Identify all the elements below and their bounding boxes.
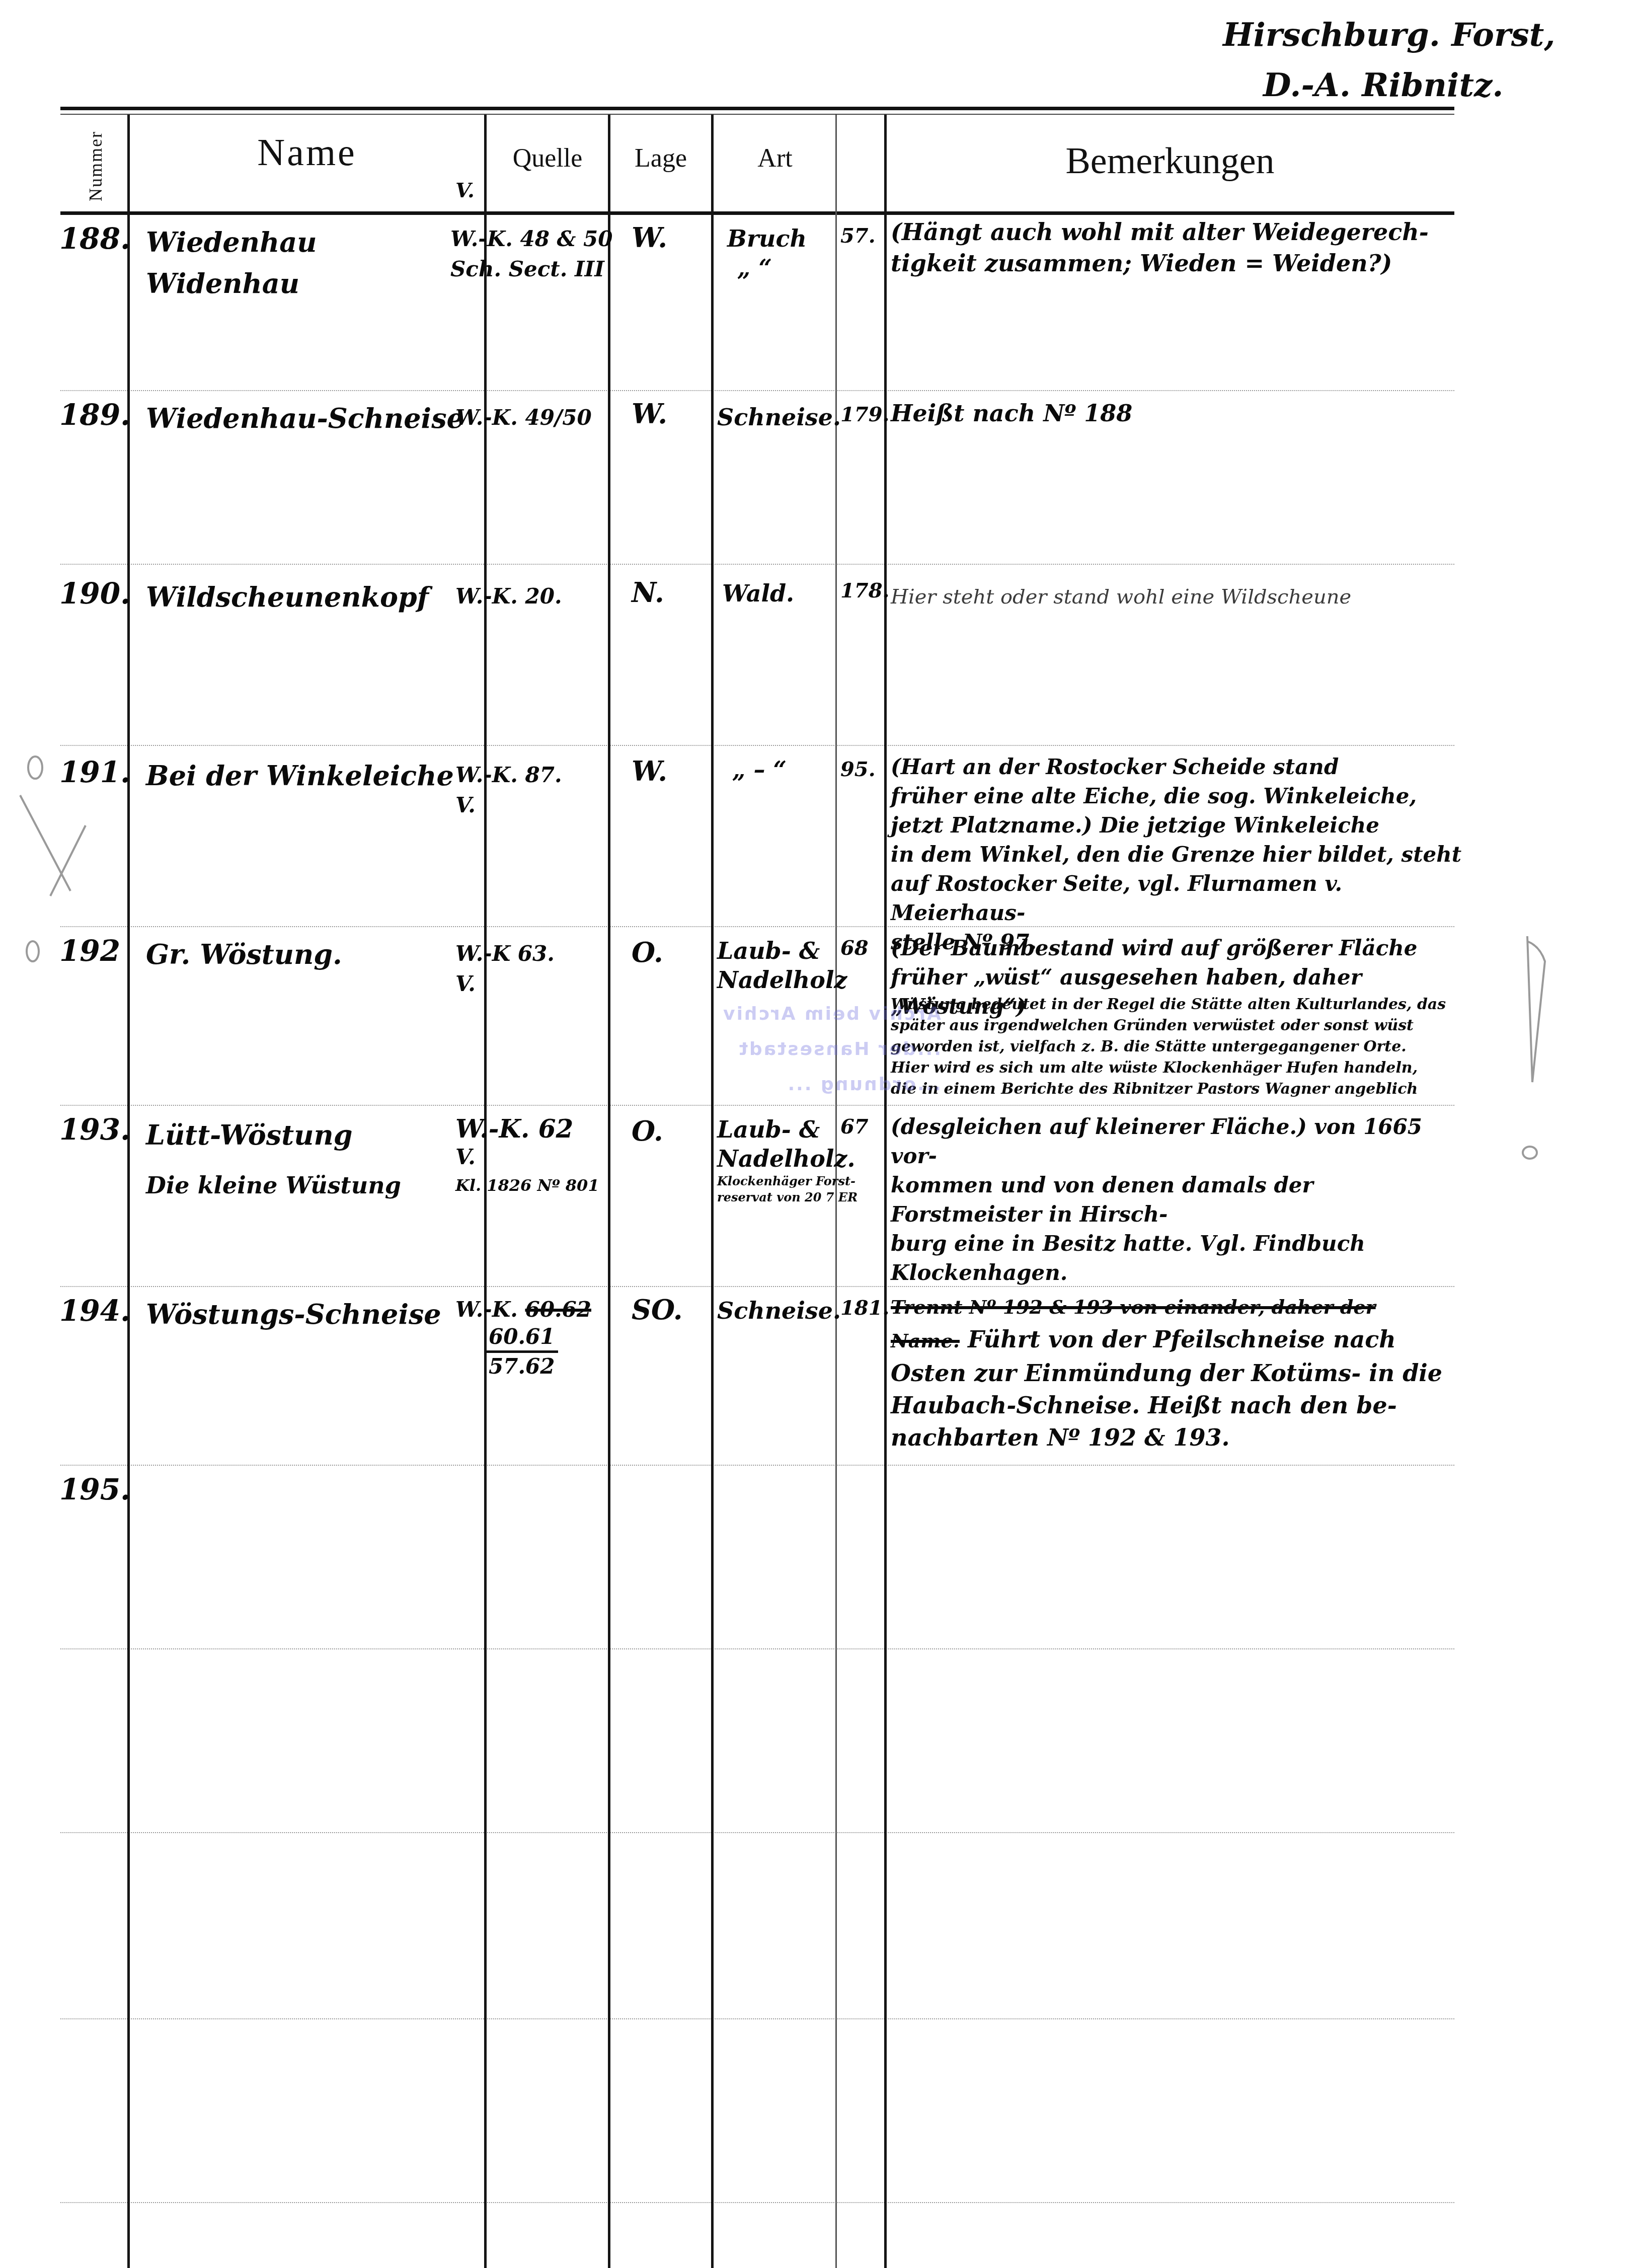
- row-quelle: W.-K. 49/50: [455, 403, 616, 433]
- quelle-fraction: 60.61 57.62: [486, 1323, 558, 1380]
- row-art: Schneise.: [717, 403, 838, 432]
- row-bemerkungen: (desgleichen auf kleinerer Fläche.) von …: [891, 1112, 1469, 1288]
- row-art: „ – “: [717, 755, 853, 784]
- archive-note-line-1: Hirschburg. Forst,: [1223, 10, 1505, 60]
- row-quelle: W.-K 63. V.: [455, 939, 616, 999]
- header-nummer: Nummer: [65, 121, 126, 211]
- row-number: 192: [59, 934, 127, 968]
- row-lage: N.: [632, 576, 707, 609]
- row-name: Gr. Wöstung.: [146, 934, 483, 975]
- row-separator: [60, 1832, 1454, 1833]
- row-art: Laub- & Nadelholz: [717, 936, 838, 995]
- row-separator: [60, 1465, 1454, 1466]
- row-number: 188.: [59, 221, 127, 256]
- row-quelle: W.-K. 20.: [455, 581, 616, 612]
- row-ref: 67: [840, 1115, 881, 1139]
- struck-remark: Name.: [891, 1329, 960, 1352]
- row-quelle: W.-K. 62 V. Kl. 1826 Nº 801: [455, 1115, 616, 1199]
- row-ref: 178.: [840, 579, 881, 602]
- column-line-lage-art: [711, 115, 714, 2268]
- row-separator: [60, 1105, 1454, 1106]
- row-lage: O.: [632, 936, 707, 968]
- header-quelle: Quelle: [487, 143, 608, 173]
- column-line-ref-bemerkungen: [884, 115, 887, 2268]
- table-top-rule-thin: [60, 114, 1454, 115]
- header-name: Name: [131, 131, 483, 175]
- row-number: 193.: [59, 1112, 127, 1147]
- row-name: Wöstungs-Schneise: [146, 1294, 483, 1335]
- row-name: Bei der Winkeleiche: [146, 755, 483, 796]
- row-name: Wiedenhau Widenhau: [146, 221, 483, 304]
- row-separator: [60, 564, 1454, 565]
- row-number: 194.: [59, 1294, 127, 1328]
- row-bemerkungen: Heißt nach Nº 188: [891, 398, 1469, 429]
- row-separator: [60, 1648, 1454, 1649]
- row-lage: W.: [632, 221, 707, 254]
- pencil-circle-mark-icon: [23, 936, 43, 966]
- row-ref: 179.: [840, 403, 881, 426]
- row-bemerkungen: (Hängt auch wohl mit alter Weidegerech- …: [891, 216, 1469, 279]
- column-line-nummer-name: [127, 115, 130, 2268]
- row-bemerkungen-note: Wüstung bedeutet in der Regel die Stätte…: [891, 994, 1469, 1100]
- struck-value: 60.62: [525, 1297, 591, 1322]
- row-separator: [60, 2018, 1454, 2019]
- row-quelle: W.-K. 87. V.: [455, 760, 616, 820]
- row-bemerkungen: Hier steht oder stand wohl eine Wildsche…: [891, 581, 1469, 613]
- row-art: Bruch „ “: [717, 224, 848, 282]
- header-bottom-rule: [60, 211, 1454, 215]
- struck-remark: Trennt Nº 192 & 193 von einander, daher …: [891, 1291, 1469, 1323]
- row-name: Wildscheunenkopf: [146, 576, 483, 618]
- row-bemerkungen: (Hart an der Rostocker Scheide stand frü…: [891, 752, 1469, 957]
- header-art: Art: [715, 143, 835, 173]
- row-lage: O.: [632, 1115, 707, 1147]
- row-lage: W.: [632, 755, 707, 787]
- archive-stamp-bleedthrough: Archiv beim Archiv ...der Hansestadt ...…: [659, 997, 941, 1102]
- row-art: Schneise.: [717, 1296, 838, 1325]
- row-ref: 68: [840, 936, 881, 960]
- row-lage: W.: [632, 398, 707, 430]
- row-name: Wiedenhau-Schneise: [146, 398, 483, 439]
- row-quelle: W.-K. 48 & 50 Sch. Sect. III: [450, 224, 611, 284]
- row-ref: 181.: [840, 1296, 881, 1320]
- row-quelle: W.-K. 60.62 60.61 57.62: [455, 1296, 616, 1380]
- header-quelle-note: V.: [455, 179, 475, 202]
- row-name: Lütt-Wöstung Die kleine Wüstung: [146, 1110, 483, 1211]
- row-number: 191.: [59, 755, 127, 789]
- row-ref: 57.: [840, 224, 881, 248]
- row-separator: [60, 2202, 1454, 2203]
- pencil-margin-mark-icon: [1515, 931, 1575, 1193]
- row-art: Laub- & Nadelholz. Klockenhäger Forst- r…: [717, 1115, 838, 1205]
- table-top-rule: [60, 107, 1454, 110]
- row-number: 190.: [59, 576, 127, 611]
- row-separator: [60, 390, 1454, 391]
- row-bemerkungen: Trennt Nº 192 & 193 von einander, daher …: [891, 1291, 1469, 1454]
- row-number: 189.: [59, 398, 127, 432]
- row-separator: [60, 745, 1454, 746]
- header-lage: Lage: [610, 143, 711, 173]
- row-number: 195.: [59, 1472, 127, 1506]
- archive-location-note: Hirschburg. Forst, D.-A. Ribnitz.: [1223, 10, 1505, 111]
- header-bemerkungen: Bemerkungen: [886, 140, 1454, 183]
- row-ref: 95.: [840, 758, 881, 781]
- archive-note-line-2: D.-A. Ribnitz.: [1223, 60, 1505, 111]
- row-art: Wald.: [717, 579, 843, 608]
- row-lage: SO.: [632, 1294, 707, 1326]
